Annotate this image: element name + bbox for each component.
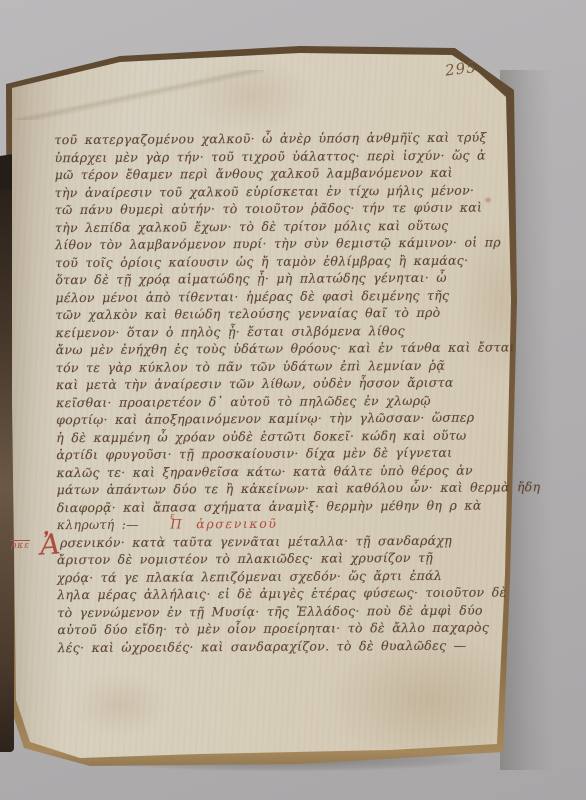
manuscript-text-block: τοῦ κατεργαζομένου χαλκοῦ· ὦ ἀνὲρ ὑπόση … xyxy=(54,129,439,656)
manuscript-line: μῶ τέρον ἔθαμεν περὶ ἄνθους χαλκοῦ λαμβα… xyxy=(55,164,437,184)
binding-spine-edge xyxy=(0,156,14,752)
manuscript-line: ὅταν δὲ τῇ χρόᾳ αἱματώδης ᾖ· μὴ πλατώδης… xyxy=(55,269,437,289)
manuscript-line: λίθον τὸν λαμβανόμενον πυρί· τὴν σὺν θεμ… xyxy=(55,234,437,254)
rubricated-initial: Ἀ xyxy=(39,530,61,559)
heading-superscript-epsilon: ε xyxy=(170,508,175,526)
manuscript-line: ρσενικόν· κατὰ ταῦτα γεννᾶται μέταλλα· τ… xyxy=(57,531,439,551)
paragraph-2: ἄριστον δὲ νομιστέον τὸ πλακιῶδες· καὶ χ… xyxy=(57,549,440,656)
paragraph-end-mark: κληρωτή :— xyxy=(57,517,139,533)
manuscript-line: καὶ μετὰ τὴν ἀναίρεσιν τῶν λίθων, οὐδὲν … xyxy=(56,374,438,394)
manuscript-line: ἀρτίδι φρυγοῦσι· τῇ προσκαίουσιν· δίχα μ… xyxy=(56,444,438,464)
manuscript-line: ἄριστον δὲ νομιστέον τὸ πλακιῶδες· καὶ χ… xyxy=(57,549,439,569)
manuscript-line: μάτων ἁπάντων δύο τε ἢ κἀκείνων· καὶ καθ… xyxy=(57,479,439,499)
heading-title: ἀρσενικοῦ xyxy=(196,516,277,531)
manuscript-line: ληλα μέρας ἀλλήλαις· εἰ δὲ ἀμιγὲς ἑτέρας… xyxy=(57,584,439,604)
manuscript-line: διαφορᾷ· καὶ ἅπασα σχήματα ἀναμὶξ· θερμὴ… xyxy=(57,496,439,516)
margin-chapter-number: ρκε xyxy=(11,541,30,551)
manuscript-line: λές· καὶ ὠχροειδές· καὶ σανδαραχίζον. τὸ… xyxy=(58,636,440,656)
chapter-heading: Π ε ἀρσενικοῦ xyxy=(170,516,277,532)
manuscript-photo: 295 τοῦ κατεργαζομένου χαλκοῦ· ὦ ἀνὲρ ὑπ… xyxy=(0,0,586,800)
manuscript-line: ἄνω μὲν ἐνήχθη ἐς τοὺς ὑδάτων θρόους· κα… xyxy=(56,339,438,359)
manuscript-line: τῶν χαλκὸν καὶ θειώδη τελούσης γενναίας … xyxy=(55,304,437,324)
manuscript-line: φορτίῳ· καὶ ἀποξηραινόμενον καμίνῳ· τὴν … xyxy=(56,409,438,429)
paragraph-1: τοῦ κατεργαζομένου χαλκοῦ· ὦ ἀνὲρ ὑπόση … xyxy=(54,129,438,516)
manuscript-line: τοῦ κατεργαζομένου χαλκοῦ· ὦ ἀνὲρ ὑπόση … xyxy=(54,129,436,149)
manuscript-line: τῶ πάνυ θυμερὶ αὐτήν· τὸ τοιοῦτον ῥᾶδος·… xyxy=(55,199,437,219)
manuscript-line: αὐτοῦ δύο εἴδη· τὸ μὲν οἷον προείρηται· … xyxy=(57,619,439,639)
